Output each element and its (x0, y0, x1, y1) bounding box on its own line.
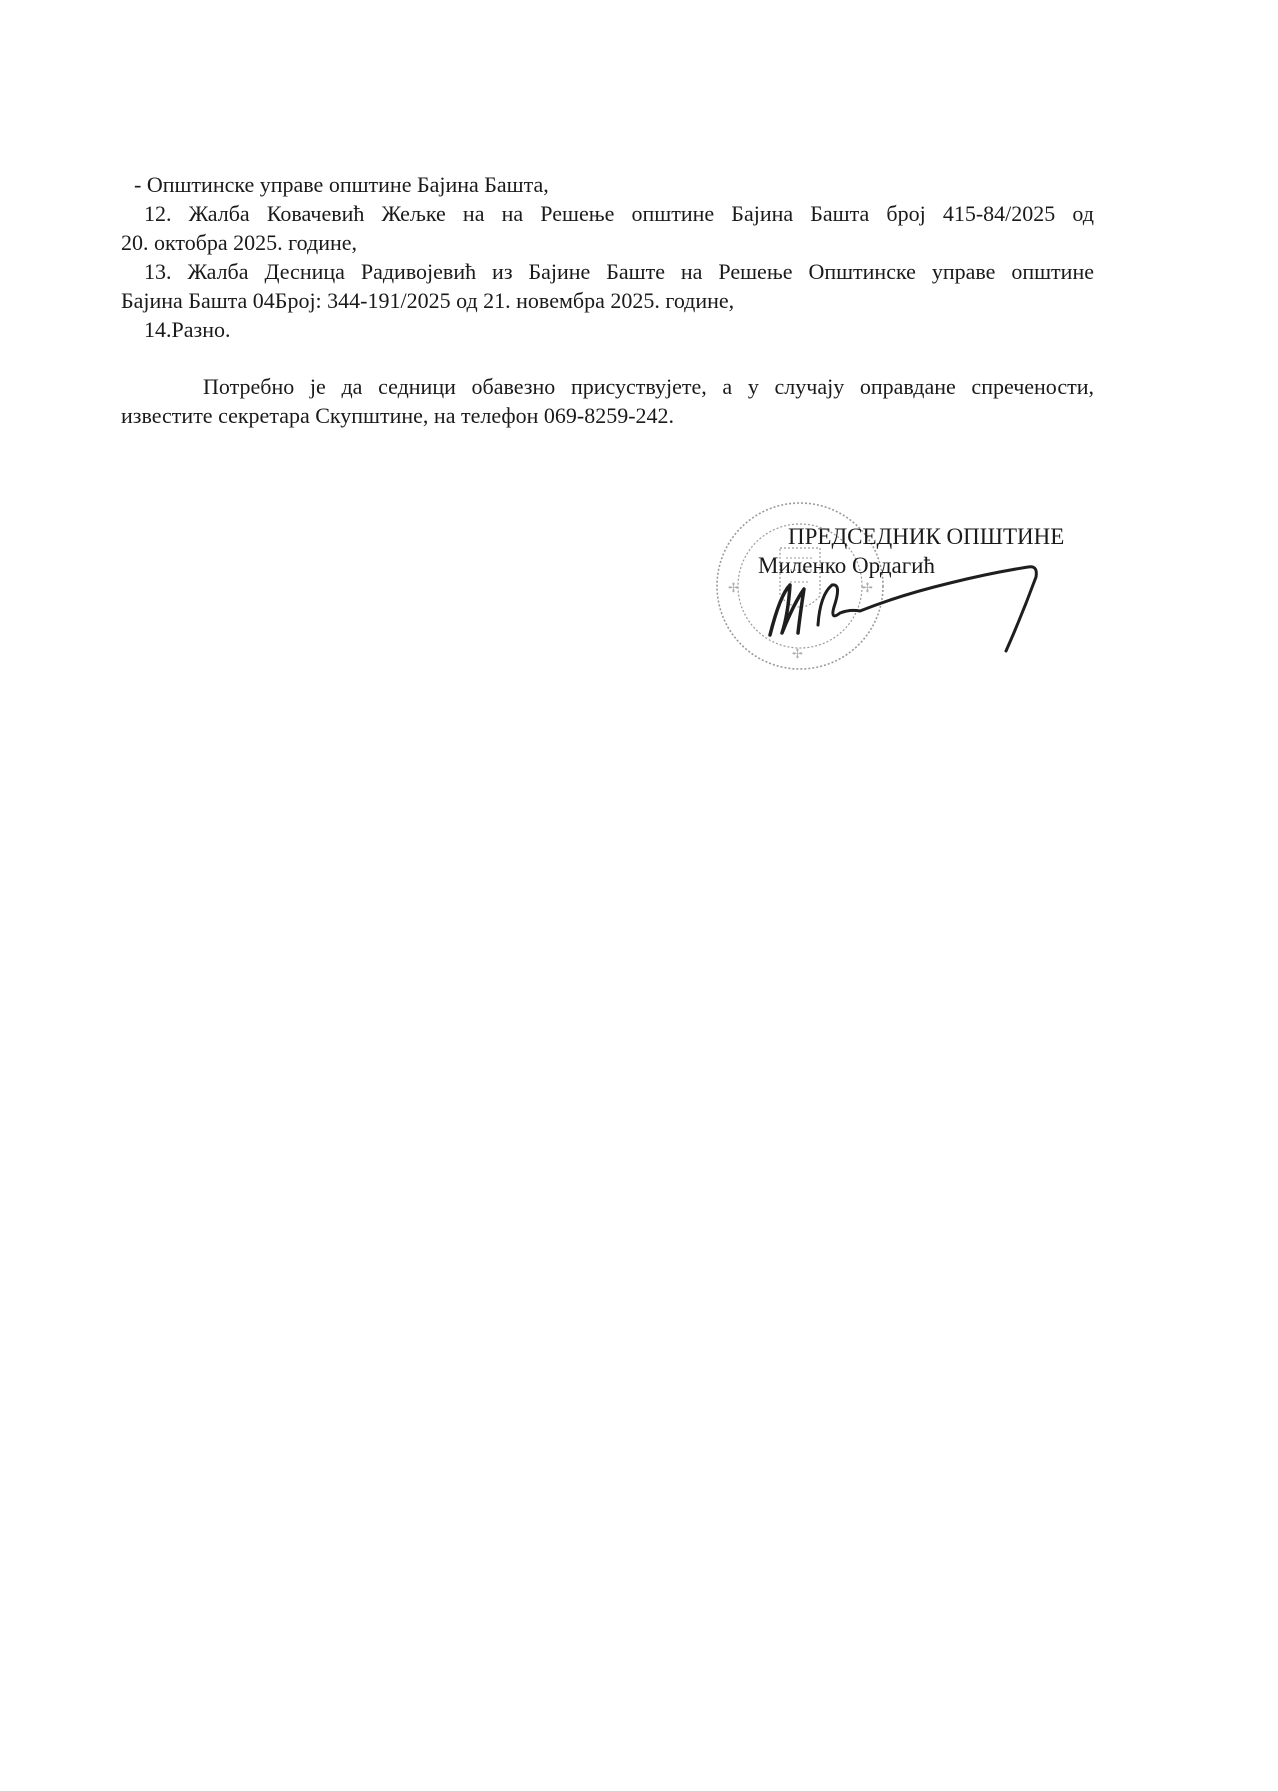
svg-text:✢: ✢ (728, 581, 739, 596)
signature-title: ПРЕДСЕДНИК ОПШТИНЕ (788, 524, 1064, 550)
agenda-item-12: 12. Жалба Ковачевић Жељке на на Решење о… (144, 201, 1094, 227)
agenda-item-14: 14.Разно. (144, 317, 230, 343)
agenda-item-12-date: 20. октобра 2025. године, (121, 230, 357, 256)
attendance-notice-contact: известите секретара Скупштине, на телефо… (121, 403, 674, 429)
document-page: - Општинске управе општине Бајина Башта,… (0, 0, 1278, 1791)
agenda-item-11-continuation: - Општинске управе општине Бајина Башта, (134, 172, 549, 198)
signature-icon (760, 555, 1070, 665)
agenda-item-13-reference: Бајина Башта 04Број: 344-191/2025 од 21.… (121, 288, 734, 314)
agenda-item-13: 13. Жалба Десница Радивојевић из Бајине … (144, 259, 1094, 285)
attendance-notice: Потребно је да седници обавезно присуств… (203, 374, 1094, 400)
